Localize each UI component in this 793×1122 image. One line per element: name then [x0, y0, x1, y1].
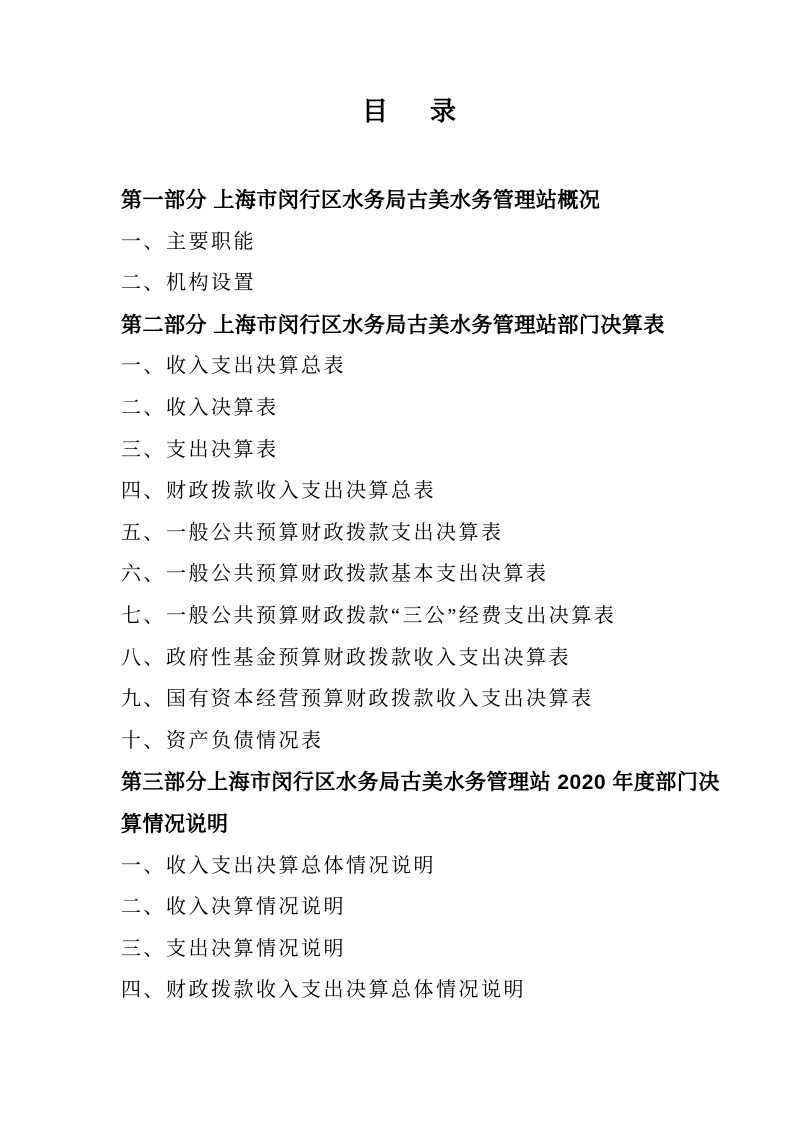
toc-section-heading: 第一部分 上海市闵行区水务局古美水务管理站概况 [121, 180, 705, 222]
page-title: 目 录 [121, 90, 705, 132]
toc-item: 六、一般公共预算财政拨款基本支出决算表 [121, 554, 705, 596]
toc-item: 二、机构设置 [121, 263, 705, 305]
document-page: 目 录 第一部分 上海市闵行区水务局古美水务管理站概况一、主要职能二、机构设置第… [0, 0, 793, 1122]
toc-section-heading: 第三部分上海市闵行区水务局古美水务管理站 2020 年度部门决 [121, 762, 705, 804]
toc-item: 二、收入决算表 [121, 388, 705, 430]
toc-item: 三、支出决算情况说明 [121, 929, 705, 971]
toc-item: 五、一般公共预算财政拨款支出决算表 [121, 513, 705, 555]
toc-item: 一、收入支出决算总表 [121, 346, 705, 388]
toc-section-heading: 算情况说明 [121, 804, 705, 846]
toc-section-heading: 第二部分 上海市闵行区水务局古美水务管理站部门决算表 [121, 305, 705, 347]
toc-item: 四、财政拨款收入支出决算总体情况说明 [121, 970, 705, 1012]
toc-item: 九、国有资本经营预算财政拨款收入支出决算表 [121, 679, 705, 721]
toc-list: 第一部分 上海市闵行区水务局古美水务管理站概况一、主要职能二、机构设置第二部分 … [121, 180, 705, 1012]
toc-item: 八、政府性基金预算财政拨款收入支出决算表 [121, 638, 705, 680]
toc-item: 三、支出决算表 [121, 430, 705, 472]
toc-item: 一、收入支出决算总体情况说明 [121, 846, 705, 888]
toc-item: 七、一般公共预算财政拨款“三公”经费支出决算表 [121, 596, 705, 638]
toc-item: 十、资产负债情况表 [121, 721, 705, 763]
toc-item: 四、财政拨款收入支出决算总表 [121, 471, 705, 513]
toc-item: 一、主要职能 [121, 222, 705, 264]
toc-item: 二、收入决算情况说明 [121, 887, 705, 929]
